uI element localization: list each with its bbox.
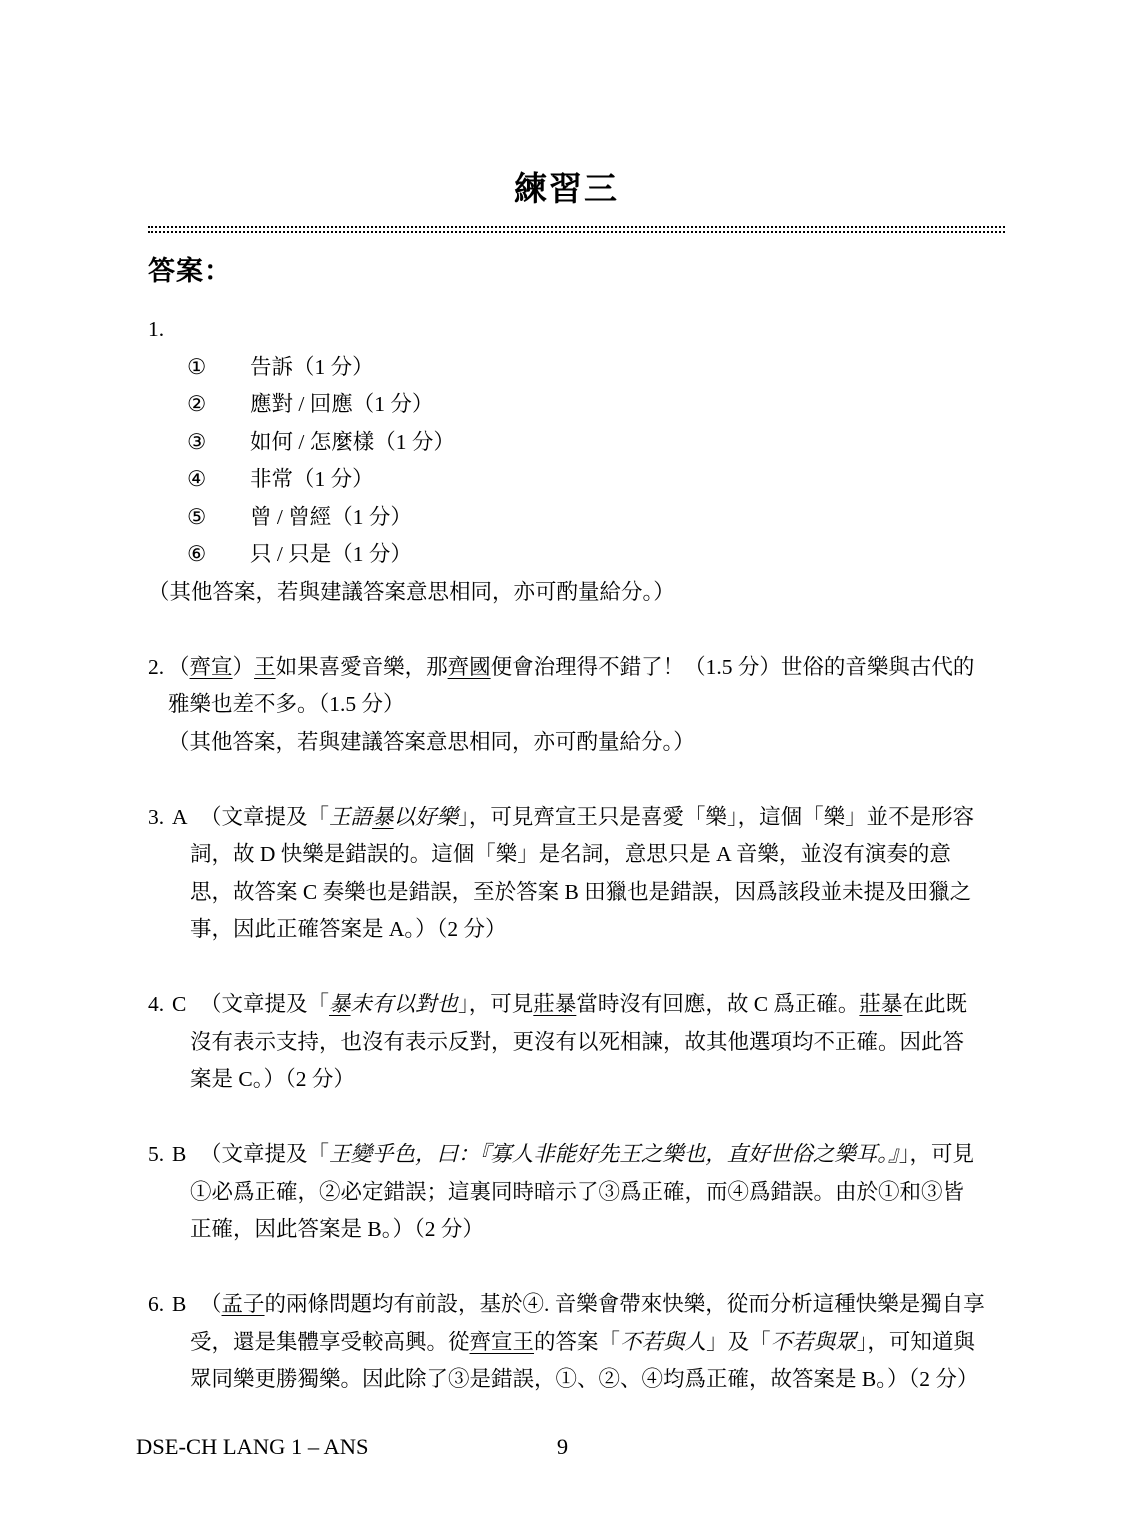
circled-number-marker: ⑥: [187, 536, 206, 574]
document-page: 練習三 答案： 1.①告訴（1 分）②應對 / 回應（1 分）③如何 / 怎麼樣…: [0, 0, 1125, 1538]
text-segment: 當時沒有回應，故 C 爲正確。: [576, 992, 859, 1016]
answer-item: 2.（齊宣）王如果喜愛音樂，那齊國便會治理得不錯了！（1.5 分）世俗的音樂與古…: [148, 649, 985, 762]
item-number: 5.: [148, 1136, 164, 1174]
item-answer-letter: C: [172, 986, 186, 1024]
item-text: （孟子的兩條問題均有前設，基於④. 音樂會帶來快樂，從而分析這種快樂是獨自享受，…: [190, 1286, 985, 1399]
item-body: ①告訴（1 分）②應對 / 回應（1 分）③如何 / 怎麼樣（1 分）④非常（1…: [148, 311, 985, 611]
page-title: 練習三: [148, 0, 985, 212]
underlined-term: 莊暴: [859, 992, 902, 1016]
answers-list: 1.①告訴（1 分）②應對 / 回應（1 分）③如何 / 怎麼樣（1 分）④非常…: [148, 311, 985, 1399]
answers-heading: 答案：: [148, 253, 985, 289]
item-body: （文章提及「暴未有以對也」，可見莊暴當時沒有回應，故 C 爲正確。莊暴在此既沒有…: [190, 986, 985, 1099]
sub-answer-text: 告訴（1 分）: [250, 355, 374, 379]
quoted-classical-text: 王語: [329, 805, 372, 829]
circled-number-marker: ⑤: [187, 499, 206, 537]
item-text: （文章提及「暴未有以對也」，可見莊暴當時沒有回應，故 C 爲正確。莊暴在此既沒有…: [190, 986, 985, 1099]
sub-answer-text: 只 / 只是（1 分）: [250, 542, 412, 566]
underlined-term: 暴: [329, 992, 351, 1016]
underlined-term: 莊暴: [533, 992, 576, 1016]
item-text: （文章提及「王變乎色，曰：『寡人非能好先王之樂也，直好世俗之樂耳。』」，可見①必…: [190, 1136, 985, 1249]
underlined-term: 暴: [372, 805, 394, 829]
sub-answer-row: ①告訴（1 分）: [148, 349, 985, 387]
text-segment: （文章提及「: [200, 992, 329, 1016]
item-body: （文章提及「王變乎色，曰：『寡人非能好先王之樂也，直好世俗之樂耳。』」，可見①必…: [190, 1136, 985, 1249]
quoted-classical-text: 未有以對也: [351, 992, 459, 1016]
sub-answer-row: ③如何 / 怎麼樣（1 分）: [148, 424, 985, 462]
marking-note: （其他答案，若與建議答案意思相同，亦可酌量給分。）: [168, 724, 985, 762]
text-segment: 」及「: [706, 1330, 771, 1354]
item-number: 4.: [148, 986, 164, 1024]
footer-page-number: 9: [557, 1432, 568, 1462]
sub-answer-text: 應對 / 回應（1 分）: [250, 392, 433, 416]
sub-answer-row: ⑥只 / 只是（1 分）: [148, 536, 985, 574]
answer-item: 6.B（孟子的兩條問題均有前設，基於④. 音樂會帶來快樂，從而分析這種快樂是獨自…: [148, 1286, 985, 1399]
sub-answer-row: ④非常（1 分）: [148, 461, 985, 499]
text-segment: 」，可見: [458, 992, 533, 1016]
item-text: （文章提及「王語暴以好樂」，可見齊宣王只是喜愛「樂」，這個「樂」並不是形容詞，故…: [190, 799, 985, 949]
text-segment: 如果喜愛音樂，那: [276, 655, 448, 679]
page-content: 練習三 答案： 1.①告訴（1 分）②應對 / 回應（1 分）③如何 / 怎麼樣…: [0, 0, 1125, 1399]
circled-number-marker: ②: [187, 386, 206, 424]
sub-answer-text: 非常（1 分）: [250, 467, 374, 491]
answer-item: 1.①告訴（1 分）②應對 / 回應（1 分）③如何 / 怎麼樣（1 分）④非常…: [148, 311, 985, 611]
text-segment: （文章提及「: [200, 1142, 329, 1166]
circled-number-marker: ④: [187, 461, 206, 499]
circled-number-marker: ①: [187, 349, 206, 387]
sub-answer-row: ②應對 / 回應（1 分）: [148, 386, 985, 424]
item-answer-letter: A: [172, 799, 188, 837]
underlined-term: 齊國: [448, 655, 491, 679]
title-divider-rule: [148, 226, 1005, 233]
sub-answer-text: 如何 / 怎麼樣（1 分）: [250, 430, 455, 454]
item-body: （孟子的兩條問題均有前設，基於④. 音樂會帶來快樂，從而分析這種快樂是獨自享受，…: [190, 1286, 985, 1399]
underlined-term: 孟子: [222, 1292, 265, 1316]
answer-item: 5.B（文章提及「王變乎色，曰：『寡人非能好先王之樂也，直好世俗之樂耳。』」，可…: [148, 1136, 985, 1249]
text-segment: ）: [233, 655, 255, 679]
item-answer-letter: B: [172, 1286, 186, 1324]
item-body: （齊宣）王如果喜愛音樂，那齊國便會治理得不錯了！（1.5 分）世俗的音樂與古代的…: [168, 649, 985, 762]
item-number: 1.: [148, 311, 164, 349]
underlined-term: 齊宣王: [470, 1330, 535, 1354]
footer-doc-code: DSE-CH LANG 1 – ANS: [136, 1432, 369, 1462]
underlined-term: 齊宣: [190, 655, 233, 679]
text-segment: 的答案「: [534, 1330, 620, 1354]
sub-answer-row: ⑤曾 / 曾經（1 分）: [148, 499, 985, 537]
text-segment: （文章提及「: [200, 805, 329, 829]
item-answer-letter: B: [172, 1136, 186, 1174]
quoted-classical-text: 不若與眾: [771, 1330, 857, 1354]
quoted-classical-text: 王變乎色，曰：『寡人非能好先王之樂也，直好世俗之樂耳。』: [329, 1142, 899, 1166]
item-body: （文章提及「王語暴以好樂」，可見齊宣王只是喜愛「樂」，這個「樂」並不是形容詞，故…: [190, 799, 985, 949]
text-segment: （: [168, 655, 190, 679]
item-number: 3.: [148, 799, 164, 837]
sub-answer-text: 曾 / 曾經（1 分）: [250, 505, 412, 529]
circled-number-marker: ③: [187, 424, 206, 462]
quoted-classical-text: 以好樂: [394, 805, 459, 829]
underlined-term: 王: [254, 655, 276, 679]
item-number: 2.: [148, 649, 164, 687]
text-segment: （: [200, 1292, 222, 1316]
item-text: （齊宣）王如果喜愛音樂，那齊國便會治理得不錯了！（1.5 分）世俗的音樂與古代的…: [168, 649, 985, 724]
answer-item: 3.A（文章提及「王語暴以好樂」，可見齊宣王只是喜愛「樂」，這個「樂」並不是形容…: [148, 799, 985, 949]
quoted-classical-text: 不若與人: [620, 1330, 706, 1354]
marking-note: （其他答案，若與建議答案意思相同，亦可酌量給分。）: [148, 574, 985, 612]
item-number: 6.: [148, 1286, 164, 1324]
answer-item: 4.C（文章提及「暴未有以對也」，可見莊暴當時沒有回應，故 C 爲正確。莊暴在此…: [148, 986, 985, 1099]
